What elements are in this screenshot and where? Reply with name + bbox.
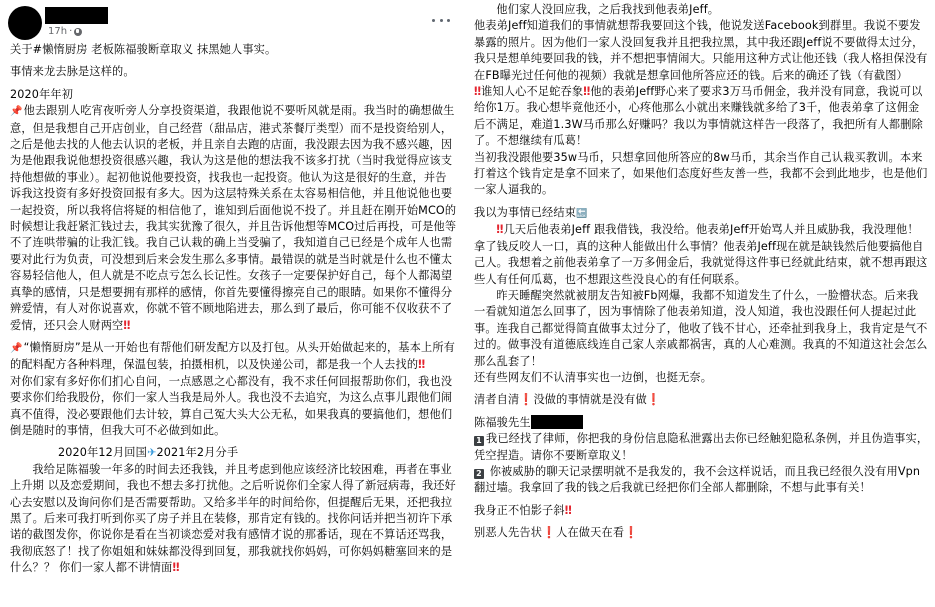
ellipsis-dot xyxy=(447,19,450,22)
paragraph-text: 清者自清 xyxy=(474,393,519,406)
more-options-button[interactable] xyxy=(432,13,450,27)
post-meta: 17h · xyxy=(48,26,82,37)
exclamation-icon: ❗ xyxy=(647,393,661,406)
paragraph-6: ‼谁知人心不足蛇吞象‼他的表弟Jeff野心来了要求3万马币佣金，我并没有同意，我… xyxy=(471,84,933,150)
paragraph-text: “懒惰厨房”是从一开始也有帮他们研发配方以及打包。从头开始做起来的，基本上所有的… xyxy=(10,341,455,371)
paragraph-11: 清者自清❗没做的事情就是没有做❗ xyxy=(471,392,933,408)
double-exclamation-icon: ‼ xyxy=(418,358,425,371)
paragraph-5-first: 他们家人没回应我，之后我找到他表弟Jeff。 xyxy=(471,2,933,18)
keycap-1-icon: 1 xyxy=(474,436,484,446)
paragraph-1: 📌他去跟别人吃宵夜听旁人分享投资渠道，我跟他说不要听风就是雨。我当时的确想做生意… xyxy=(0,103,465,334)
paragraph-13: 我身正不怕影子斜‼ xyxy=(471,503,933,519)
back-arrow-icon: 🔙 xyxy=(576,209,587,219)
post-timestamp[interactable]: 17h xyxy=(48,26,67,37)
exclamation-icon: ❗ xyxy=(624,526,638,539)
item-text: 我已经找了律师，你把我的身份信息隐私泄露出去你已经触犯隐私条例，并且伪造事实，凭… xyxy=(474,432,928,461)
ellipsis-dot xyxy=(440,19,443,22)
paragraph-7: 当初我没跟他要35w马币，只想拿回他所答应的8w马币，其余当作自己认栽买教训。本… xyxy=(471,150,933,199)
addressee-heading: 陈福骏先生 xyxy=(471,415,933,431)
paragraph-9: 昨天睡醒突然就被朋友告知被Fb网爆，我都不知道发生了什么，一脸懵状态。后来我一看… xyxy=(471,288,933,370)
pin-icon: 📌 xyxy=(10,343,23,354)
numbered-item-2: 2 你被威胁的聊天记录摆明就不是我发的，我不会这样说话，而且我已经很久没有用Vp… xyxy=(471,464,933,497)
heading-text: 我以为事情已经结束 xyxy=(474,206,576,219)
paragraph-14: 别恶人先告状❗人在做天在看❗ xyxy=(471,525,933,541)
paragraph-2: 📌“懒惰厨房”是从一开始也有帮他们研发配方以及打包。从头开始做起来的，基本上所有… xyxy=(0,340,465,374)
section-heading-return: 2020年12月回国✈2021年2月分手 xyxy=(0,445,465,461)
meta-separator: · xyxy=(69,26,72,37)
section-heading-ended: 我以为事情已经结束🔙 xyxy=(471,205,933,222)
paragraph-text: 我身正不怕影子斜 xyxy=(474,504,565,517)
paragraph-lead: 谁知人心不足蛇吞象 xyxy=(481,85,583,98)
heading-text: 陈福骏先生 xyxy=(474,416,531,429)
heading-part: 2020年12月回国 xyxy=(58,446,147,459)
globe-icon[interactable] xyxy=(74,28,82,36)
paragraph-text: 人在做天在看 xyxy=(556,526,624,539)
post-header: 17h · xyxy=(0,0,465,40)
exclamation-icon: ❗ xyxy=(519,393,533,406)
author-name-redacted[interactable] xyxy=(45,7,108,24)
paragraph-text: 几天后他表弟Jeff 跟我借钱，我没给。他表弟Jeff开始骂人并且威胁我，我没理… xyxy=(474,223,928,285)
paragraph-text: 没做的事情就是没有做 xyxy=(533,393,646,406)
paragraph-3: 对你们家有多好你们扪心自问，一点感恩之心都没有，我不求任何回报帮助你们，我也没要… xyxy=(0,374,465,440)
section-heading-2020: 2020年年初 xyxy=(0,87,465,103)
numbered-item-1: 1我已经找了律师，你把我的身份信息隐私泄露出去你已经触犯隐私条例，并且伪造事实，… xyxy=(471,431,933,464)
double-exclamation-icon: ‼ xyxy=(565,504,572,517)
redacted-block xyxy=(531,415,583,429)
post-title: 关于#懒惰厨房 老板陈福骏断章取义 抹黑她人事实。 xyxy=(0,42,465,58)
double-exclamation-icon: ‼ xyxy=(123,319,130,332)
double-exclamation-icon: ‼ xyxy=(172,561,179,574)
paragraph-text: 他去跟别人吃宵夜听旁人分享投资渠道，我跟他说不要听风就是雨。我当时的确想做生意，… xyxy=(10,104,456,331)
post-right-column: 他们家人没回应我，之后我找到他表弟Jeff。 他表弟Jeff知道我们的事情就想帮… xyxy=(471,0,933,542)
post-intro: 事情来龙去脉是这样的。 xyxy=(0,64,465,80)
paragraph-5: 他表弟Jeff知道我们的事情就想帮我要回这个钱，他说发送Facebook到群里。… xyxy=(471,18,933,84)
paragraph-4: 我给足陈福骏一年多的时间去还我钱，并且考虑到他应该经济比较困难，再者在事业上升期… xyxy=(0,462,465,577)
pin-icon: 📌 xyxy=(10,106,23,117)
airplane-icon: ✈ xyxy=(147,446,157,459)
ellipsis-icon xyxy=(432,19,435,22)
paragraph-text: 别恶人先告状 xyxy=(474,526,542,539)
author-avatar[interactable] xyxy=(8,6,42,40)
paragraph-text: 我给足陈福骏一年多的时间去还我钱，并且考虑到他应该经济比较困难，再者在事业上升期… xyxy=(10,463,456,574)
item-text: 你被威胁的聊天记录摆明就不是我发的，我不会这样说话，而且我已经很久没有用Vpn翻… xyxy=(474,465,920,494)
paragraph-8: ‼几天后他表弟Jeff 跟我借钱，我没给。他表弟Jeff开始骂人并且威胁我，我没… xyxy=(471,222,933,288)
exclamation-icon: ❗ xyxy=(542,526,556,539)
post-left-column: 17h · 关于#懒惰厨房 老板陈福骏断章取义 抹黑她人事实。 事情来龙去脉是这… xyxy=(0,0,465,577)
heading-part: 2021年2月分手 xyxy=(157,446,239,459)
keycap-2-icon: 2 xyxy=(474,469,484,479)
double-exclamation-icon: ‼ xyxy=(496,223,503,236)
paragraph-10: 还有些网友们不认清事实也一边倒，也挺无奈。 xyxy=(471,370,933,386)
